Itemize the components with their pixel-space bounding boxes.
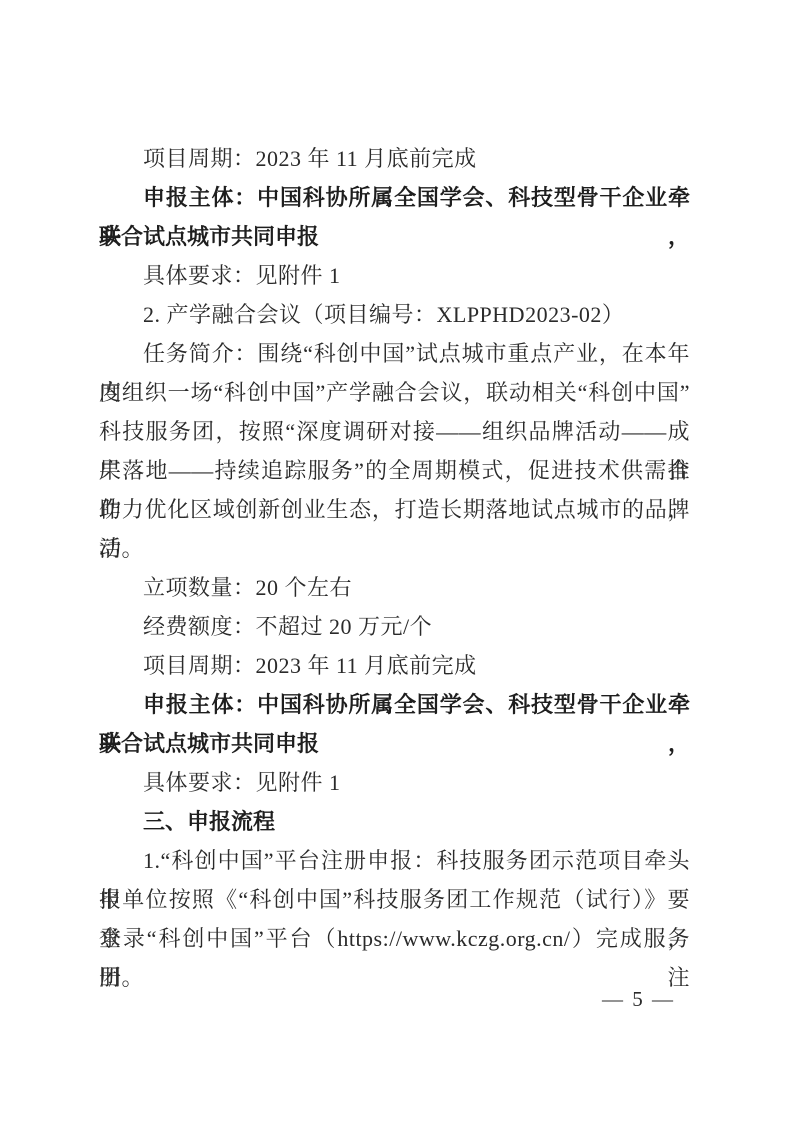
paragraph-line-funding: 经费额度：不超过 20 万元/个: [99, 607, 690, 646]
paragraph-line-project-period: 项目周期：2023 年 11 月底前完成: [99, 139, 690, 178]
paragraph-line-task-intro-3: 科技服务团，按照“深度调研对接——组织品牌活动——成果推: [99, 412, 690, 451]
paragraph-line-requirements-2: 具体要求：见附件 1: [99, 763, 690, 802]
paragraph-line-process-2: 报单位按照《“科创中国”科技服务团工作规范（试行）》要求，: [99, 880, 690, 919]
paragraph-line-requirements: 具体要求：见附件 1: [99, 256, 690, 295]
paragraph-line-applicant: 申报主体：中国科协所属全国学会、科技型骨干企业牵头，: [99, 178, 690, 217]
paragraph-line-task-intro-1: 任务简介：围绕“科创中国”试点城市重点产业，在本年度: [99, 334, 690, 373]
paragraph-line-process-1: 1.“科创中国”平台注册申报：科技服务团示范项目牵头申: [99, 841, 690, 880]
paragraph-line-applicant-2: 申报主体：中国科协所属全国学会、科技型骨干企业牵头，: [99, 685, 690, 724]
paragraph-line-process-3: 登录“科创中国”平台（https://www.kczg.org.cn/）完成服务…: [99, 919, 690, 958]
paragraph-line-task-intro-5: 助力优化区域创新创业生态，打造长期落地试点城市的品牌活: [99, 490, 690, 529]
paragraph-line-quota: 立项数量：20 个左右: [99, 568, 690, 607]
paragraph-line-project-heading: 2. 产学融合会议（项目编号：XLPPHD2023-02）: [99, 295, 690, 334]
page-number: — 5 —: [602, 984, 675, 1014]
paragraph-line-task-intro-6: 动。: [99, 529, 690, 568]
document-body: 项目周期：2023 年 11 月底前完成 申报主体：中国科协所属全国学会、科技型…: [99, 139, 690, 997]
paragraph-line-task-intro-4: 广落地——持续追踪服务”的全周期模式，促进技术供需合作，: [99, 451, 690, 490]
paragraph-line-task-intro-2: 内组织一场“科创中国”产学融合会议，联动相关“科创中国”: [99, 373, 690, 412]
paragraph-line-project-period-2: 项目周期：2023 年 11 月底前完成: [99, 646, 690, 685]
section-heading-process: 三、申报流程: [99, 802, 690, 841]
document-page: 项目周期：2023 年 11 月底前完成 申报主体：中国科协所属全国学会、科技型…: [0, 0, 793, 1122]
